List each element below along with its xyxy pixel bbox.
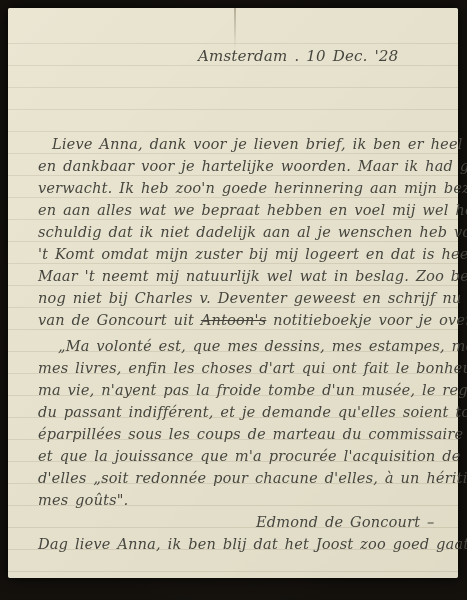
goncourt-intro-after: notitieboekje voor je over : — [266, 313, 467, 329]
quote-line: d'elles „soit redonnée pour chacune d'el… — [38, 468, 444, 490]
signature-line: Edmond de Goncourt – — [256, 512, 444, 534]
goncourt-intro-before: van de Goncourt uit — [38, 313, 201, 329]
quote-line: ma vie, n'ayent pas la froide tombe d'un… — [38, 380, 444, 402]
letter-line: en dankbaar voor je hartelijke woorden. … — [38, 156, 444, 178]
struck-word: Antoon's — [201, 313, 266, 329]
letter-line: schuldig dat ik niet dadelijk aan al je … — [38, 222, 444, 244]
letter-line: nog niet bij Charles v. Deventer geweest… — [38, 288, 444, 310]
letter-line: en aan alles wat we bepraat hebben en vo… — [38, 200, 444, 222]
letter-body: Lieve Anna, dank voor je lieven brief, i… — [38, 134, 444, 556]
letter-line: 't Komt omdat mijn zuster bij mij logeer… — [38, 244, 444, 266]
letter-line: Lieve Anna, dank voor je lieven brief, i… — [38, 134, 444, 156]
quote-line: „Ma volonté est, que mes dessins, mes es… — [38, 336, 444, 358]
quote-line: et que la jouissance que m'a procurée l'… — [38, 446, 444, 468]
letter-line: Maar 't neemt mij natuurlijk wel wat in … — [38, 266, 444, 288]
quote-line: éparpillées sous les coups de marteau du… — [38, 424, 444, 446]
photo-background: Amsterdam . 10 Dec. '28 Lieve Anna, dank… — [0, 0, 467, 600]
goncourt-quote: „Ma volonté est, que mes dessins, mes es… — [38, 336, 444, 512]
paper-fold-crease — [234, 8, 236, 50]
letter-line-goncourt-intro: van de Goncourt uit Antoon's notitieboek… — [38, 310, 444, 332]
dateline: Amsterdam . 10 Dec. '28 — [198, 44, 458, 68]
quote-line: mes livres, enfin les choses d'art qui o… — [38, 358, 444, 380]
quote-line: du passant indifférent, et je demande qu… — [38, 402, 444, 424]
letter-paper: Amsterdam . 10 Dec. '28 Lieve Anna, dank… — [8, 8, 458, 578]
letter-line: verwacht. Ik heb zoo'n goede herinnering… — [38, 178, 444, 200]
closing-line: Dag lieve Anna, ik ben blij dat het Joos… — [38, 534, 444, 556]
quote-line: mes goûts". — [38, 490, 444, 512]
